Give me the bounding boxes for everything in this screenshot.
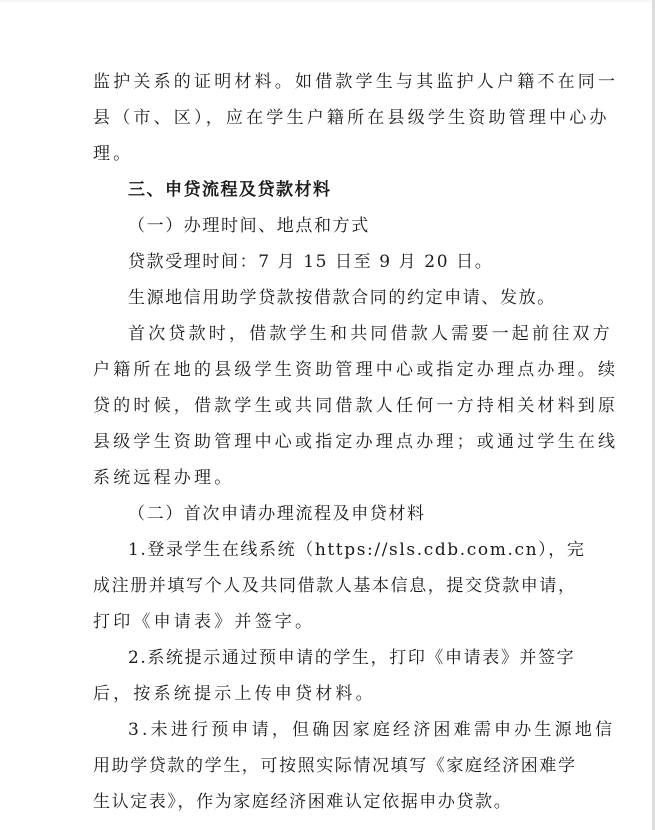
text-line: 3.未进行预申请，但确因家庭经济困难需申办生源地信: [93, 712, 555, 748]
section-heading: 三、申贷流程及贷款材料: [93, 172, 555, 208]
paragraph-first-loan: 首次贷款时，借款学生和共同借款人需要一起前往双方 户籍所在地的县级学生资助管理中…: [93, 316, 555, 496]
document-page: 监护关系的证明材料。如借款学生与其监护人户籍不在同一 县（市、区），应在学生户籍…: [93, 64, 555, 820]
paragraph-guardian-proof: 监护关系的证明材料。如借款学生与其监护人户籍不在同一 县（市、区），应在学生户籍…: [93, 64, 555, 172]
text-line: 贷的时候，借款学生或共同借款人任何一方持相关材料到原: [93, 388, 555, 424]
sub-heading-text: （二）首次申请办理流程及申贷材料: [93, 496, 555, 532]
paragraph-step-3: 3.未进行预申请，但确因家庭经济困难需申办生源地信 用助学贷款的学生，可按照实际…: [93, 712, 555, 820]
text-line: 县级学生资助管理中心或指定办理点办理；或通过学生在线: [93, 424, 555, 460]
section-heading-text: 三、申贷流程及贷款材料: [93, 172, 555, 208]
paragraph-step-2: 2.系统提示通过预申请的学生，打印《申请表》并签字 后，按系统提示上传申贷材料。: [93, 640, 555, 712]
text-line: 监护关系的证明材料。如借款学生与其监护人户籍不在同一: [93, 64, 555, 100]
sub-heading-text: （一）办理时间、地点和方式: [93, 208, 555, 244]
text-line: 成注册并填写个人及共同借款人基本信息，提交贷款申请，: [93, 568, 555, 604]
sub-heading-time-place: （一）办理时间、地点和方式: [93, 208, 555, 244]
text-line: 后，按系统提示上传申贷材料。: [93, 676, 555, 712]
text-line: 系统远程办理。: [93, 460, 555, 496]
text-line: 户籍所在地的县级学生资助管理中心或指定办理点办理。续: [93, 352, 555, 388]
text-line: 生认定表》，作为家庭经济困难认定依据申办贷款。: [93, 784, 555, 820]
paragraph-disbursement: 生源地信用助学贷款按借款合同的约定申请、发放。: [93, 280, 555, 316]
text-line: 贷款受理时间：7 月 15 日至 9 月 20 日。: [93, 244, 555, 280]
text-line: 理。: [93, 136, 555, 172]
page-top-edge: [0, 0, 652, 2]
text-line: 首次贷款时，借款学生和共同借款人需要一起前往双方: [93, 316, 555, 352]
text-line: 打印《申请表》并签字。: [93, 604, 555, 640]
text-line: 生源地信用助学贷款按借款合同的约定申请、发放。: [93, 280, 555, 316]
text-line: 1.登录学生在线系统（https://sls.cdb.com.cn），完: [93, 532, 555, 568]
paragraph-acceptance-time: 贷款受理时间：7 月 15 日至 9 月 20 日。: [93, 244, 555, 280]
text-line: 2.系统提示通过预申请的学生，打印《申请表》并签字: [93, 640, 555, 676]
sub-heading-first-application: （二）首次申请办理流程及申贷材料: [93, 496, 555, 532]
paragraph-step-1: 1.登录学生在线系统（https://sls.cdb.com.cn），完 成注册…: [93, 532, 555, 640]
text-line: 用助学贷款的学生，可按照实际情况填写《家庭经济困难学: [93, 748, 555, 784]
text-line: 县（市、区），应在学生户籍所在县级学生资助管理中心办: [93, 100, 555, 136]
